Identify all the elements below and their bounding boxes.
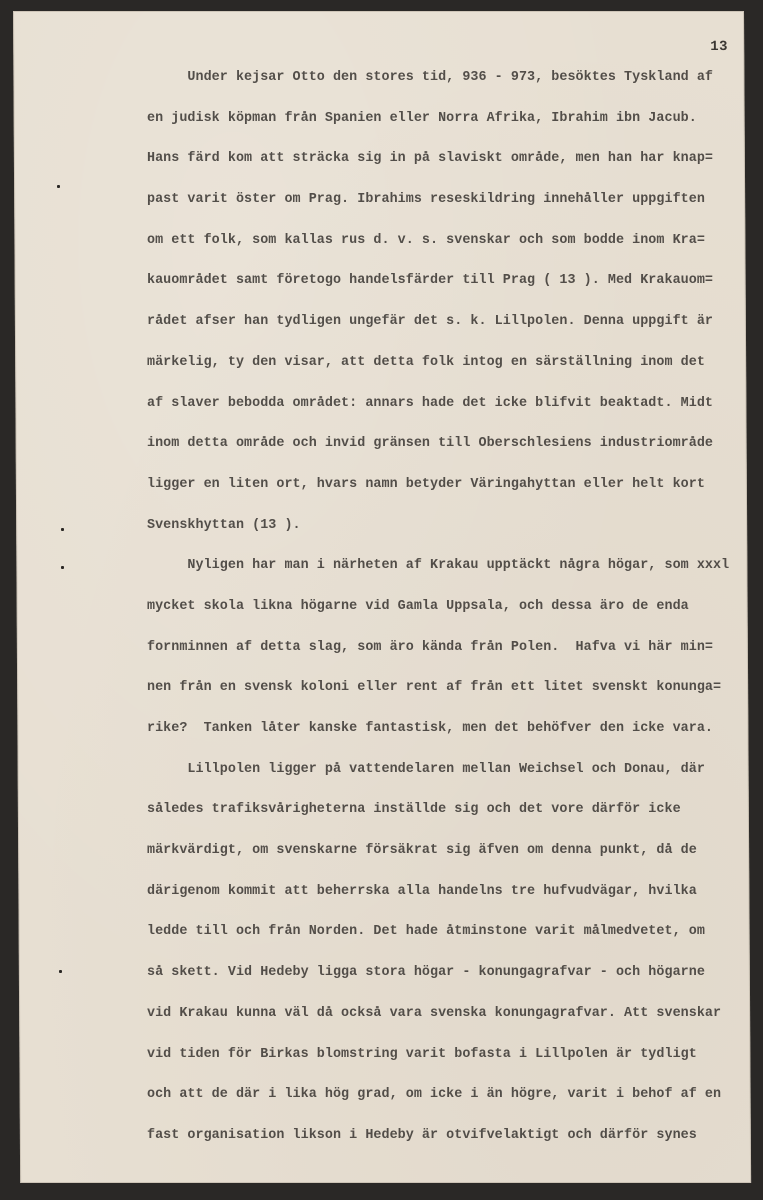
text-line: Under kejsar Otto den stores tid, 936 - …: [147, 58, 747, 99]
text-line: rådet afser han tydligen ungefär det s. …: [147, 302, 747, 343]
body-text: Under kejsar Otto den stores tid, 936 - …: [147, 58, 747, 1157]
text-line: Svenskhyttan (13 ).: [147, 506, 747, 547]
text-line: ledde till och från Norden. Det hade åtm…: [147, 912, 747, 953]
text-line: past varit öster om Prag. Ibrahims reses…: [147, 180, 747, 221]
text-line: fast organisation likson i Hedeby är otv…: [147, 1116, 747, 1157]
text-line: ligger en liten ort, hvars namn betyder …: [147, 465, 747, 506]
text-line: fornminnen af detta slag, som äro kända …: [147, 628, 747, 669]
text-line: en judisk köpman från Spanien eller Norr…: [147, 99, 747, 140]
text-line: mycket skola likna högarne vid Gamla Upp…: [147, 587, 747, 628]
text-line: märkvärdigt, om svenskarne försäkrat sig…: [147, 831, 747, 872]
text-line: och att de där i lika hög grad, om icke …: [147, 1075, 747, 1116]
margin-mark: [59, 970, 62, 973]
text-line: af slaver bebodda området: annars hade d…: [147, 384, 747, 425]
text-line: inom detta område och invid gränsen till…: [147, 424, 747, 465]
text-line: märkelig, ty den visar, att detta folk i…: [147, 343, 747, 384]
margin-mark: [61, 528, 64, 531]
margin-mark: [61, 566, 64, 569]
text-line: Nyligen har man i närheten af Krakau upp…: [147, 546, 747, 587]
text-line: därigenom kommit att beherrska alla hand…: [147, 872, 747, 913]
margin-mark: [57, 185, 60, 188]
text-line: Hans färd kom att sträcka sig in på slav…: [147, 139, 747, 180]
page-number: 13: [710, 39, 728, 55]
text-line: rike? Tanken låter kanske fantastisk, me…: [147, 709, 747, 750]
text-line: vid Krakau kunna väl då också vara svens…: [147, 994, 747, 1035]
text-line: nen från en svensk koloni eller rent af …: [147, 668, 747, 709]
text-line: således trafiksvårigheterna inställde si…: [147, 790, 747, 831]
text-line: så skett. Vid Hedeby ligga stora högar -…: [147, 953, 747, 994]
text-line: kauområdet samt företogo handelsfärder t…: [147, 261, 747, 302]
text-line: vid tiden för Birkas blomstring varit bo…: [147, 1035, 747, 1076]
text-line: om ett folk, som kallas rus d. v. s. sve…: [147, 221, 747, 262]
text-line: Lillpolen ligger på vattendelaren mellan…: [147, 750, 747, 791]
scanned-document: 13 Under kejsar Otto den stores tid, 936…: [0, 0, 763, 1200]
